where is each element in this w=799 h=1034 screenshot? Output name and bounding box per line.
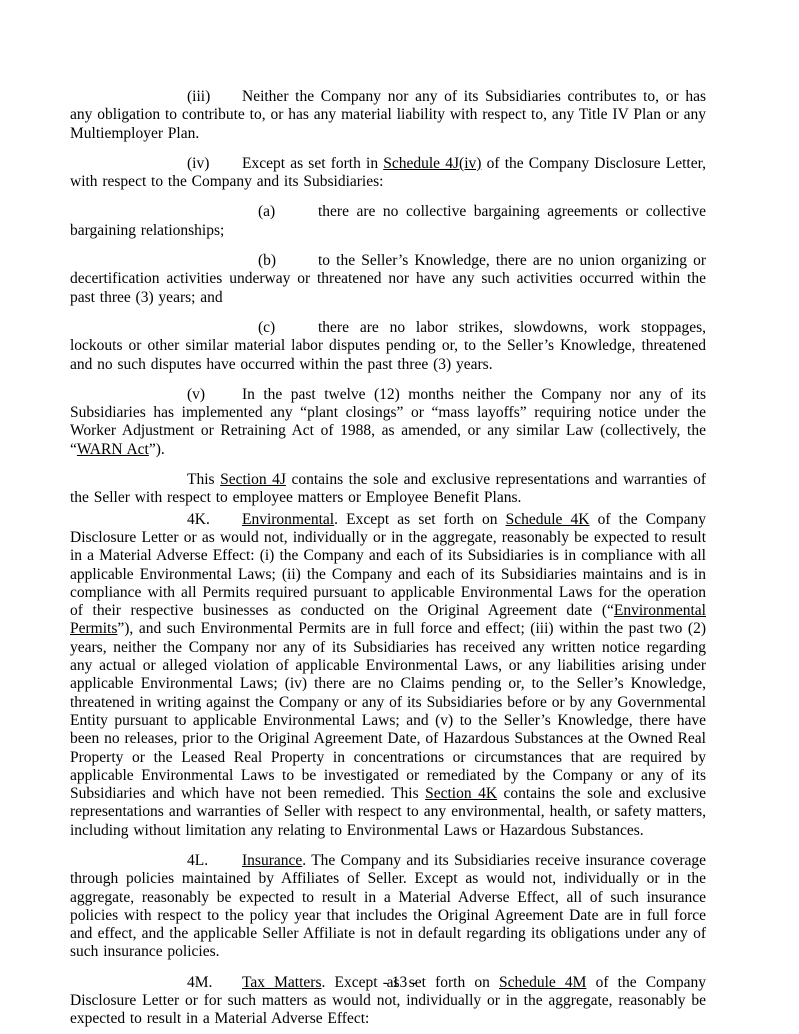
paragraph-text: contains the sole and exclusive represen… [70, 471, 706, 506]
paragraph-text: In the past twelve (12) months neither t… [70, 386, 706, 458]
paragraph-label: (a) [258, 203, 318, 221]
paragraph-label: 4L. [187, 852, 242, 870]
paragraph-4L: 4L.Insurance. The Company and its Subsid… [70, 852, 706, 962]
paragraph-label: (v) [187, 386, 242, 404]
page-number: - 13 - [0, 974, 799, 992]
paragraph-iv: (iv)Except as set forth in Schedule 4J(i… [70, 155, 706, 192]
paragraph-a: (a)there are no collective bargaining ag… [70, 203, 706, 240]
paragraph-4K: 4K.Environmental. Except as set forth on… [70, 511, 706, 840]
cross-reference: Section 4J [220, 471, 286, 488]
paragraph-label: (iii) [187, 88, 242, 106]
cross-reference: Environmental [242, 511, 334, 528]
paragraph-label: 4K. [187, 511, 242, 529]
paragraph-text: ”), and such Environmental Permits are i… [70, 620, 706, 802]
paragraph-label: (iv) [187, 155, 242, 173]
paragraph-text: Except as set forth in [242, 155, 383, 172]
document-body: (iii)Neither the Company nor any of its … [70, 88, 706, 1029]
cross-reference: Insurance [242, 852, 302, 869]
paragraph-text: . The Company and its Subsidiaries recei… [70, 852, 706, 960]
paragraph-text: there are no labor strikes, slowdowns, w… [70, 319, 706, 373]
cross-reference: Section 4K [425, 785, 497, 802]
paragraph-label: (c) [258, 319, 318, 337]
paragraph-text: . Except as set forth on [334, 511, 505, 528]
paragraph: This Section 4J contains the sole and ex… [70, 471, 706, 508]
paragraph-text: ”). [149, 441, 165, 458]
paragraph-c: (c)there are no labor strikes, slowdowns… [70, 319, 706, 374]
cross-reference: Schedule 4J(iv) [383, 155, 481, 172]
paragraph-text: This [187, 471, 220, 488]
document-page: (iii)Neither the Company nor any of its … [0, 0, 799, 1034]
paragraph-text: to the Seller’s Knowledge, there are no … [70, 252, 706, 306]
paragraph-text: Neither the Company nor any of its Subsi… [70, 88, 706, 142]
paragraph-text: there are no collective bargaining agree… [70, 203, 706, 238]
cross-reference: WARN Act [77, 441, 149, 458]
paragraph-label: (b) [258, 252, 318, 270]
paragraph-b: (b)to the Seller’s Knowledge, there are … [70, 252, 706, 307]
paragraph-iii: (iii)Neither the Company nor any of its … [70, 88, 706, 143]
cross-reference: Schedule 4K [506, 511, 590, 528]
paragraph-v: (v)In the past twelve (12) months neithe… [70, 386, 706, 459]
